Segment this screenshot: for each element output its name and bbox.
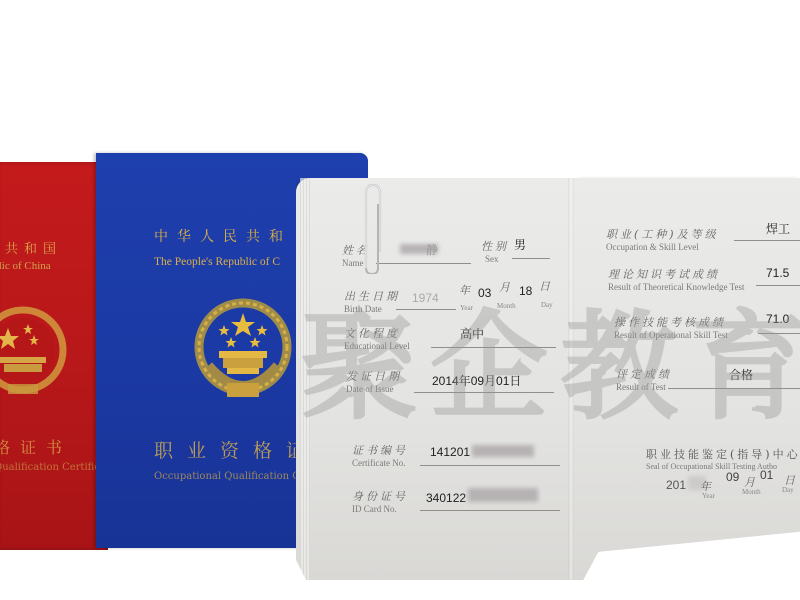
- issue-date-value: 2014年09月01日: [432, 372, 521, 389]
- skill-score-value: 71.0: [766, 312, 789, 326]
- final-result-value: 合格: [729, 366, 753, 383]
- authority-day: 01: [760, 468, 773, 482]
- authority-seal: 职业技能鉴定(指导)中心 Seal of Occupational Skill …: [646, 446, 800, 471]
- paperclip-icon: [358, 182, 388, 274]
- page-stack-edge: [300, 178, 310, 580]
- id-card-field: 身份证号 ID Card No.: [352, 488, 408, 514]
- certificate-no-field: 证书编号 Certificate No.: [352, 442, 408, 468]
- certificate-spine: [568, 178, 574, 580]
- education-field: 文化程度 Educational Level: [344, 325, 410, 351]
- red-certificate-booklet: 民共和国 Republic of China 格证书 Qualification…: [0, 162, 108, 550]
- red-cover-en-title: Republic of China: [0, 260, 51, 272]
- photo-scene: 民共和国 Republic of China 格证书 Qualification…: [0, 0, 800, 600]
- red-cover-cert-title: 格证书: [0, 435, 72, 458]
- blue-cover-cert-title: 职业资格证: [154, 436, 319, 463]
- theory-score-field: 理论知识考试成绩 Result of Theoretical Knowledge…: [608, 266, 745, 292]
- sex-value: 男: [514, 236, 526, 253]
- name-value: 静: [426, 241, 438, 258]
- birth-date-field: 出生日期 Birth Date: [344, 288, 400, 314]
- certificate-no-value: 141201: [430, 445, 470, 459]
- birth-month: 03: [478, 286, 491, 300]
- redacted-id-card: [468, 488, 538, 502]
- skill-score-field: 操作技能考核成绩 Result of Operational Skill Tes…: [614, 314, 728, 340]
- national-emblem-icon: [191, 295, 295, 407]
- red-cover-cn-title: 民共和国: [0, 238, 62, 257]
- birth-day: 18: [519, 284, 532, 298]
- final-result-field: 评定成绩 Result of Test: [616, 366, 672, 392]
- occupation-value: 焊工: [766, 220, 790, 237]
- birth-year: 1974: [412, 291, 439, 305]
- theory-score-value: 71.5: [766, 266, 789, 280]
- redacted-certificate-no: [472, 445, 534, 457]
- occupation-field: 职业(工种)及等级 Occupation & Skill Level: [606, 226, 719, 252]
- authority-year: 201: [666, 478, 686, 492]
- id-card-value: 340122: [426, 491, 466, 505]
- blue-cover-cert-en: Occupational Qualification C: [154, 471, 300, 482]
- issue-date-field: 发证日期 Date of Issue: [346, 368, 402, 394]
- sex-field: 性别 Sex: [481, 238, 509, 264]
- blue-cover-en-title: The People's Republic of C: [154, 256, 280, 268]
- authority-month: 09: [726, 470, 739, 484]
- national-emblem-icon: [0, 302, 68, 402]
- education-value: 高中: [460, 325, 484, 342]
- blue-cover-cn-title: 中华人民共和: [154, 226, 292, 246]
